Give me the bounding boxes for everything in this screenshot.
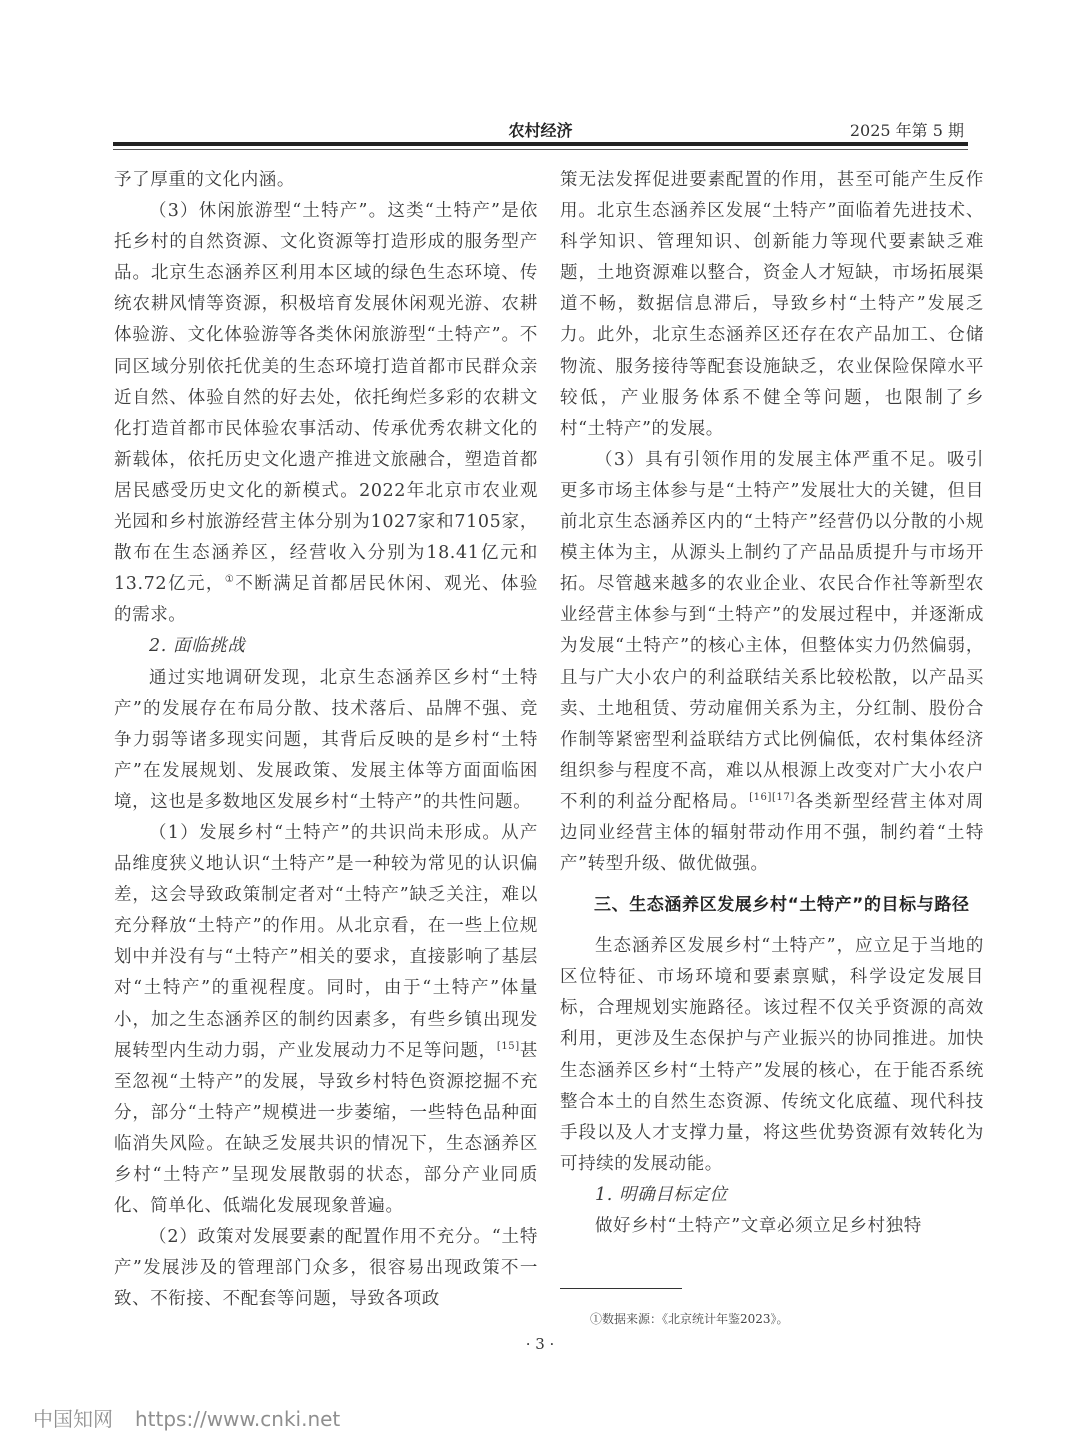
header-rule-thin bbox=[113, 149, 968, 150]
right-column: 策无法发挥促进要素配置的作用，甚至可能产生反作用。北京生态涵养区发展“土特产”面… bbox=[560, 165, 984, 1242]
paragraph: 策无法发挥促进要素配置的作用，甚至可能产生反作用。北京生态涵养区发展“土特产”面… bbox=[560, 165, 984, 445]
footnote: ①数据来源：《北京统计年鉴2023》。 bbox=[590, 1310, 789, 1327]
issue-number: 2025 年第 5 期 bbox=[850, 118, 964, 141]
watermark-brand: 中国知网 bbox=[33, 1407, 113, 1431]
page-number: · 3 · bbox=[0, 1335, 1080, 1353]
paragraph: 生态涵养区发展乡村“土特产”，应立足于当地的区位特征、市场环境和要素禀赋，科学设… bbox=[560, 931, 984, 1180]
subsection-heading: 1. 明确目标定位 bbox=[560, 1180, 984, 1211]
section-heading: 三、生态涵养区发展乡村“土特产”的目标与路径 bbox=[560, 890, 984, 921]
watermark-url[interactable]: https://www.cnki.net bbox=[135, 1407, 340, 1431]
citation-ref[interactable]: [15] bbox=[497, 1041, 520, 1052]
subsection-heading: 2. 面临挑战 bbox=[114, 631, 538, 662]
journal-title: 农村经济 bbox=[113, 118, 968, 141]
citation-ref[interactable]: [16][17] bbox=[749, 792, 795, 803]
paragraph: （3）具有引领作用的发展主体严重不足。吸引更多市场主体参与是“土特产”发展壮大的… bbox=[560, 445, 984, 880]
cnki-watermark: 中国知网https://www.cnki.net bbox=[33, 1403, 340, 1432]
paragraph: 通过实地调研发现，北京生态涵养区乡村“土特产”的发展存在布局分散、技术落后、品牌… bbox=[114, 663, 538, 818]
footnote-rule bbox=[560, 1288, 682, 1289]
running-header: 农村经济 2025 年第 5 期 bbox=[113, 114, 968, 154]
left-column: 予了厚重的文化内涵。 （3）休闲旅游型“土特产”。这类“土特产”是依托乡村的自然… bbox=[114, 165, 538, 1315]
paragraph: （1）发展乡村“土特产”的共识尚未形成。从产品维度狭义地认识“土特产”是一种较为… bbox=[114, 818, 538, 1222]
paragraph: 予了厚重的文化内涵。 bbox=[114, 165, 538, 196]
paragraph: 做好乡村“土特产”文章必须立足乡村独特 bbox=[560, 1211, 984, 1242]
footnote-marker[interactable]: ① bbox=[225, 574, 235, 585]
paragraph: （2）政策对发展要素的配置作用不充分。“土特产”发展涉及的管理部门众多，很容易出… bbox=[114, 1222, 538, 1315]
header-rule-thick bbox=[113, 142, 968, 146]
paragraph: （3）休闲旅游型“土特产”。这类“土特产”是依托乡村的自然资源、文化资源等打造形… bbox=[114, 196, 538, 631]
